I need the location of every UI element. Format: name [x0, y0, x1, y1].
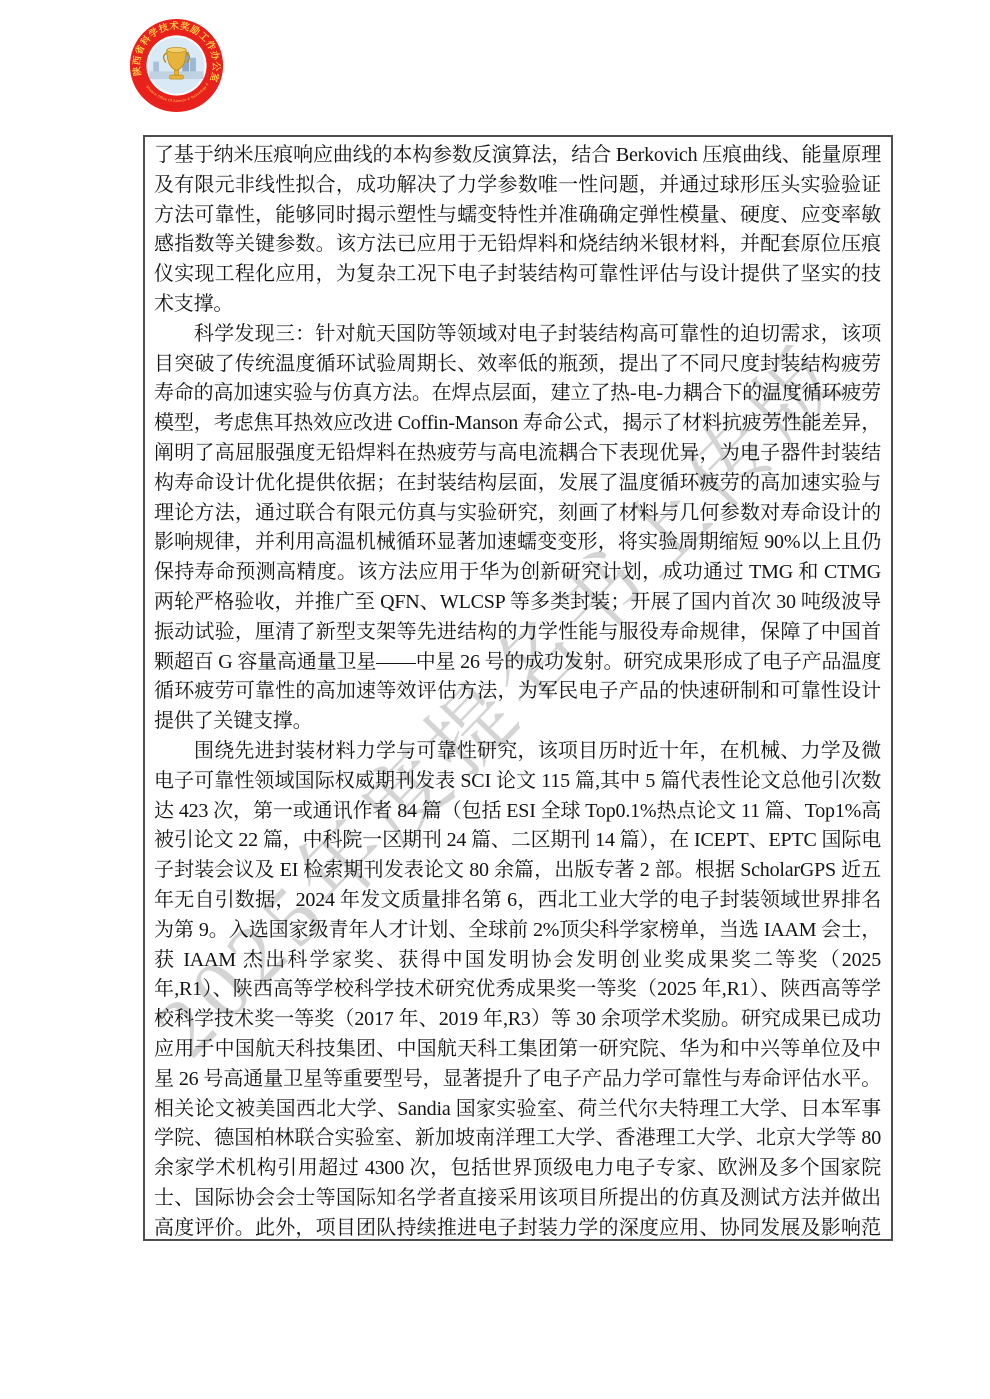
- paragraph-continuation: 了基于纳米压痕响应曲线的本构参数反演算法，结合 Berkovich 压痕曲线、能…: [154, 141, 881, 320]
- paragraph-scientific-discovery-three: 科学发现三：针对航天国防等领域对电子封装结构高可靠性的迫切需求，该项目突破了传统…: [154, 320, 881, 737]
- document-page: 陕西省科学技术奖励工作办公室 Shaanxi Office Of Science…: [0, 0, 990, 1399]
- award-office-seal: 陕西省科学技术奖励工作办公室 Shaanxi Office Of Science…: [128, 17, 225, 114]
- content-cell: 了基于纳米压痕响应曲线的本构参数反演算法，结合 Berkovich 压痕曲线、能…: [143, 135, 893, 1241]
- seal-graphic: 陕西省科学技术奖励工作办公室 Shaanxi Office Of Science…: [128, 17, 225, 114]
- paragraph-impact-and-honors: 围绕先进封装材料力学与可靠性研究，该项目历时近十年，在机械、力学及微电子可靠性领…: [154, 737, 881, 1241]
